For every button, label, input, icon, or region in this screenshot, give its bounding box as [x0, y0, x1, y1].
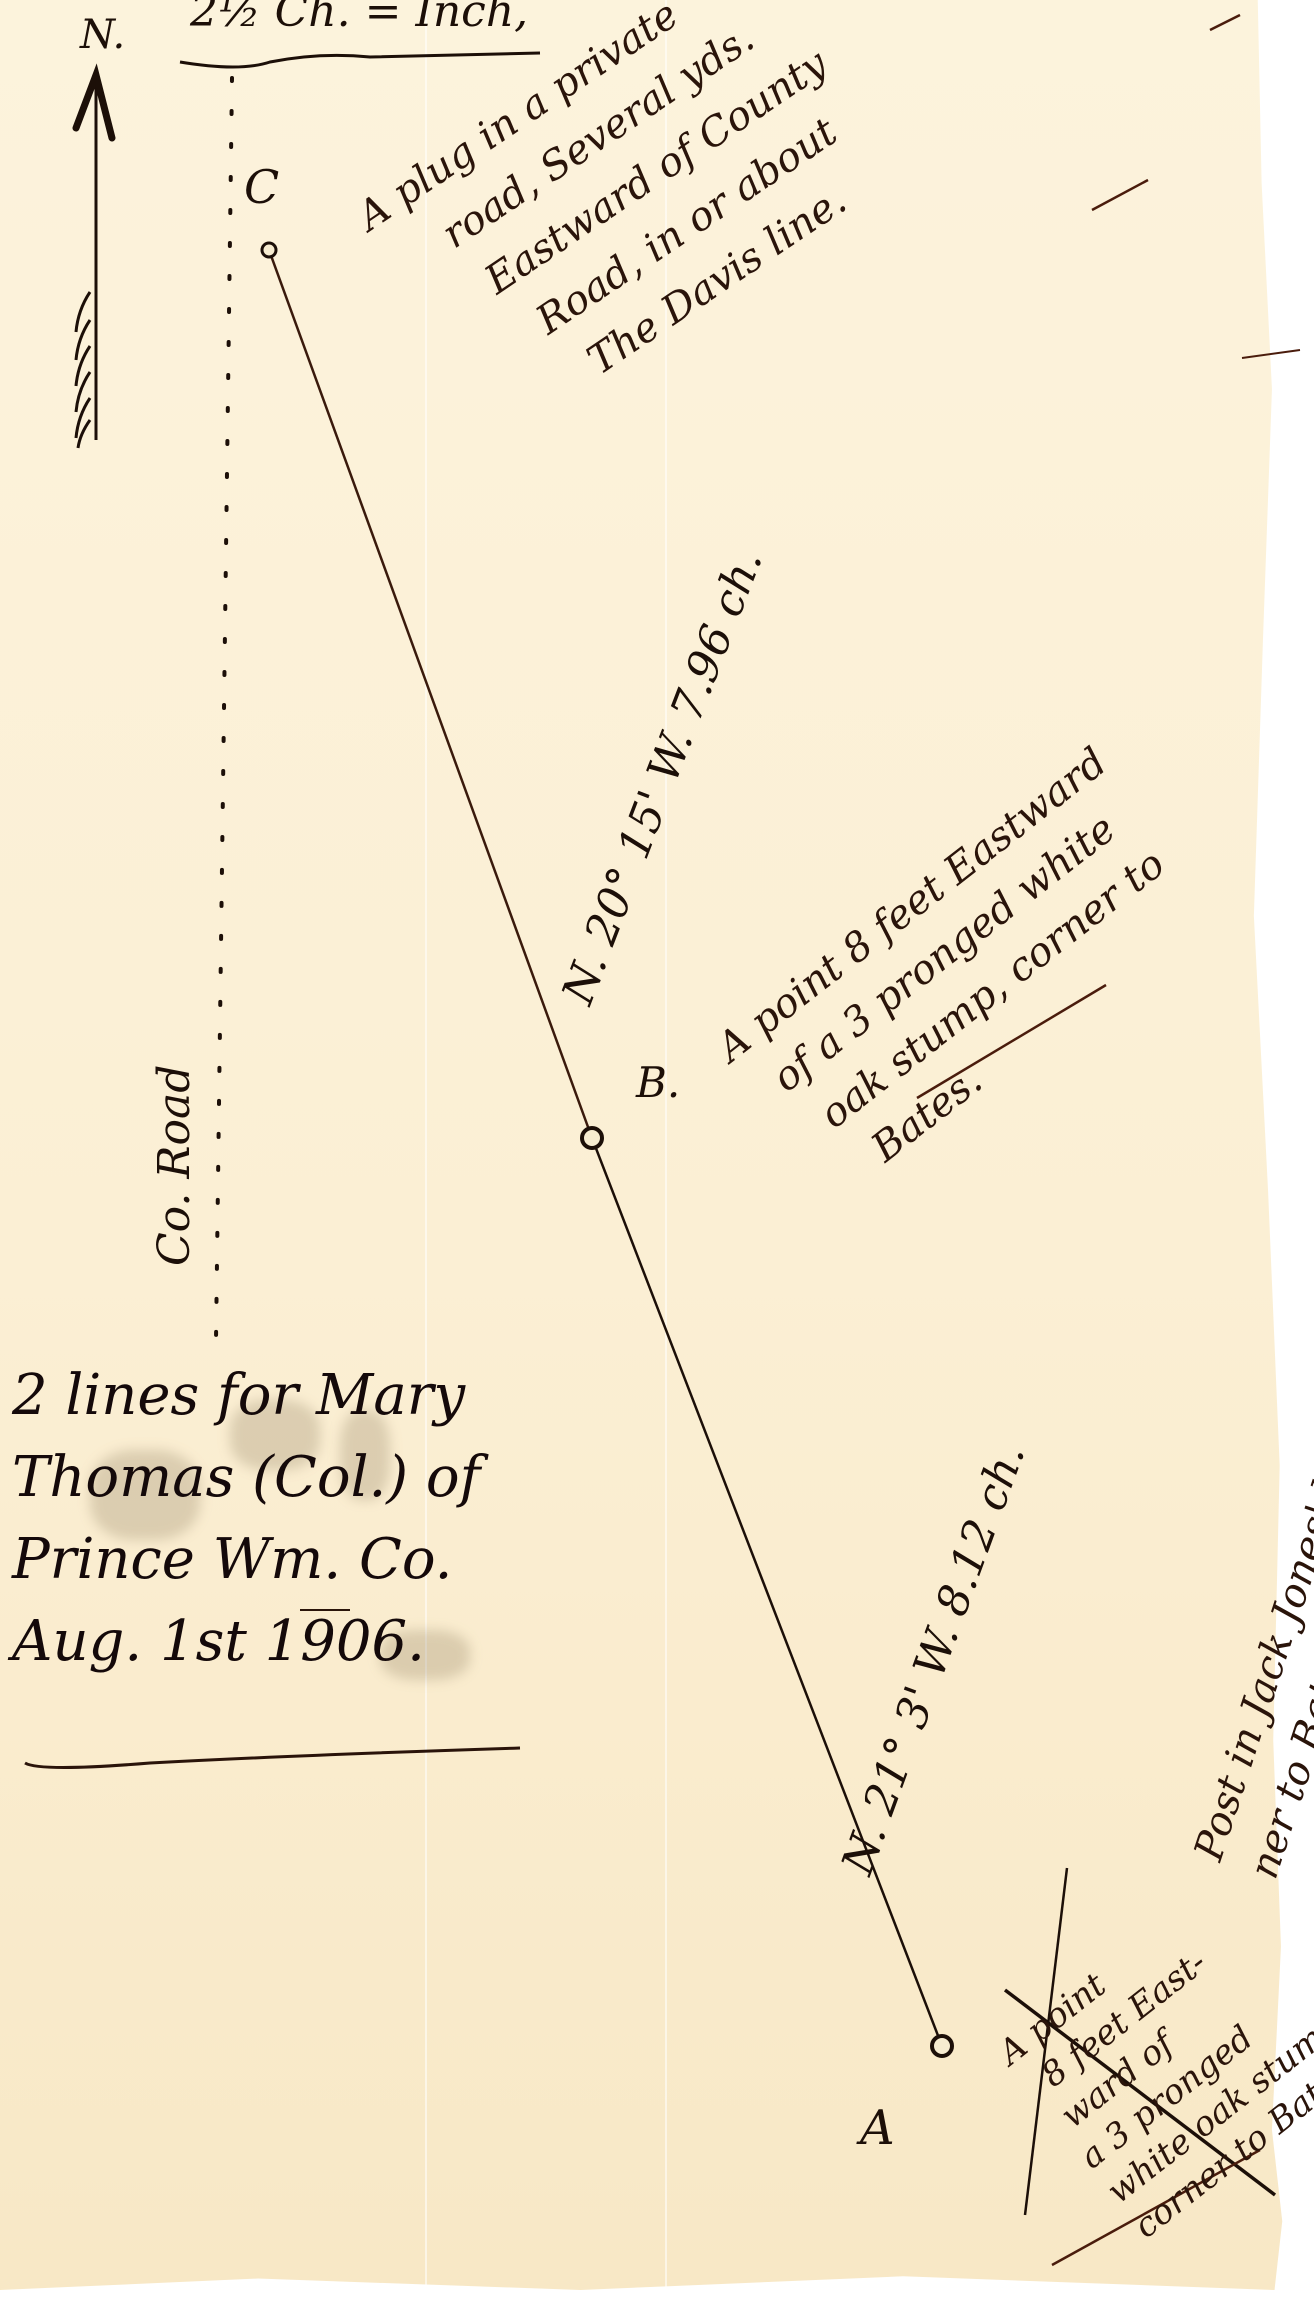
north-arrow-icon [76, 75, 112, 448]
caption-underline [25, 1748, 520, 1768]
scale-underline [180, 53, 540, 67]
north-label: N. [80, 12, 125, 58]
scale-note: 2½ Ch. = Inch, [190, 0, 528, 37]
station-b-marker [582, 1128, 602, 1148]
county-road-line [216, 78, 232, 1340]
note-dash [1210, 15, 1240, 30]
station-a-marker [932, 2036, 952, 2056]
note-dash [1092, 180, 1148, 210]
line-b-to-a [592, 1138, 942, 2046]
station-b-label: B. [636, 1058, 680, 1107]
station-a-label: A [860, 2100, 895, 2156]
caption-block: 2 lines for Mary Thomas (Col.) of Prince… [12, 1355, 480, 1683]
station-c-label: C [244, 160, 279, 214]
county-road-label: Co. Road [149, 1065, 200, 1266]
note-dash [1242, 350, 1300, 358]
station-c-marker [262, 243, 276, 257]
